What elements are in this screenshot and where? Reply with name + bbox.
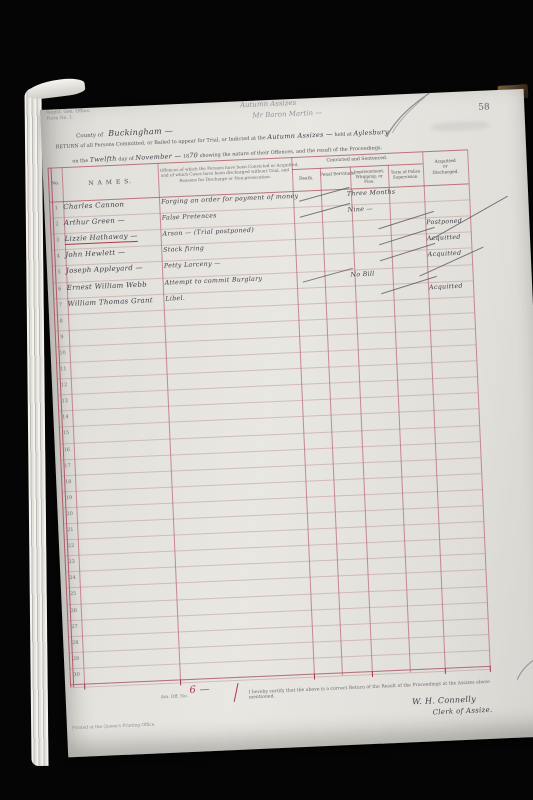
title-printed-4: day of bbox=[118, 156, 134, 163]
row-number: 23 bbox=[65, 559, 79, 566]
red-tick-mark bbox=[490, 666, 491, 672]
sentence: Nine — bbox=[348, 206, 374, 214]
offence: Attempt to commit Burglary bbox=[165, 275, 263, 286]
sentence: No Bill bbox=[350, 270, 374, 278]
row-number: 28 bbox=[68, 639, 82, 646]
book-spine-top-curl bbox=[26, 77, 86, 101]
result: Acquitted bbox=[429, 282, 463, 290]
title-written-year: 70 bbox=[189, 151, 198, 159]
row-number: 1 bbox=[49, 205, 63, 212]
offence: Forging an order for payment of money bbox=[161, 193, 299, 206]
offence: Arson — (Trial postponed) bbox=[162, 227, 254, 238]
col-header-acquitted: Acquitted or Discharged. bbox=[423, 158, 469, 176]
footer-signature-title: Clerk of Assize. bbox=[432, 706, 492, 717]
row-number: 17 bbox=[60, 462, 74, 469]
row-number: 27 bbox=[67, 623, 81, 630]
title-written-day: Twelfth bbox=[90, 155, 117, 164]
row-number: 20 bbox=[63, 511, 77, 518]
prisoner-name: Charles Cannon bbox=[63, 200, 124, 211]
col-header-police-supervision: Term of Police Supervision. bbox=[388, 168, 423, 180]
red-ink-slash bbox=[234, 683, 239, 702]
row-number: 2 bbox=[50, 221, 64, 228]
sentence: Three Months bbox=[347, 189, 396, 198]
ledger-page: Regist. Gen. Office. Form No. 1. 58 Autu… bbox=[40, 89, 533, 757]
printer-imprint: Printed at the Queen's Printing Office. bbox=[72, 723, 156, 732]
row-number: 4 bbox=[51, 253, 65, 260]
prisoner-name: Ernest William Webb bbox=[67, 280, 148, 291]
offence: Petty Larceny — bbox=[164, 261, 221, 270]
prisoner-name: William Thomas Grant bbox=[67, 296, 153, 308]
row-number: 26 bbox=[67, 607, 81, 614]
prisoner-name: Lizzie Hathaway — bbox=[64, 232, 137, 245]
row-number: 15 bbox=[59, 430, 73, 437]
col-header-death: Death. bbox=[292, 176, 320, 182]
row-number: 13 bbox=[58, 398, 72, 405]
title-written-assizes: Autumn Assizes — bbox=[267, 130, 333, 141]
pencil-annotation-line2: Mr Baron Martin — bbox=[252, 109, 322, 120]
row-number: 25 bbox=[66, 591, 80, 598]
col-header-imprisonment: Imprisonment, Whipping, or Fine. bbox=[350, 168, 389, 185]
row-number: 12 bbox=[57, 382, 71, 389]
acquitted-header-line3: Discharged. bbox=[423, 169, 468, 176]
supervision-header-line2: Supervision. bbox=[388, 173, 423, 180]
row-number: 24 bbox=[65, 575, 79, 582]
prisoner-name: Joseph Appleyard — bbox=[66, 264, 143, 275]
row-number: 14 bbox=[58, 414, 72, 421]
row-number: 6 bbox=[53, 286, 67, 293]
title-printed-3: on the bbox=[72, 158, 88, 165]
prisoner-name: John Hewlett — bbox=[65, 249, 125, 260]
offence: Stack firing bbox=[163, 245, 204, 254]
row-number: 22 bbox=[64, 543, 78, 550]
offence: Libel. bbox=[165, 294, 185, 302]
row-number: 7 bbox=[53, 302, 67, 309]
photograph-of-ledger: Regist. Gen. Office. Form No. 1. 58 Autu… bbox=[0, 0, 533, 800]
form-reference: Regist. Gen. Office. Form No. 1. bbox=[46, 109, 91, 122]
row-number: 5 bbox=[52, 269, 66, 276]
ink-flourish-stroke bbox=[299, 187, 349, 202]
col-header-names: N A M E S. bbox=[62, 177, 158, 188]
row-number: 21 bbox=[63, 527, 77, 534]
row-number: 30 bbox=[70, 672, 84, 679]
row-number: 16 bbox=[60, 446, 74, 453]
pencil-flourish-footer bbox=[512, 651, 533, 682]
county-value: Buckingham — bbox=[108, 126, 173, 138]
title-written-month: November — bbox=[135, 152, 181, 162]
county-label: County of bbox=[76, 132, 103, 139]
title-written-place: Aylesbury bbox=[353, 128, 389, 138]
row-number: 19 bbox=[62, 495, 76, 502]
row-number: 8 bbox=[54, 318, 68, 325]
page-number: 58 bbox=[478, 102, 490, 112]
prisoner-name: Arthur Green — bbox=[64, 217, 125, 228]
row-number: 3 bbox=[51, 237, 65, 244]
pencil-annotation-line1: Autumn Assizes bbox=[240, 99, 296, 109]
footer-signature: W. H. Connelly bbox=[412, 695, 476, 707]
row-number: 18 bbox=[61, 479, 75, 486]
row-number: 29 bbox=[69, 655, 83, 662]
footer-count-red: 6 — bbox=[189, 684, 210, 696]
title-printed-2: held at bbox=[334, 131, 352, 138]
col-header-penal-servitude: Penal Servitude. bbox=[320, 172, 350, 178]
faded-stamp-smudge bbox=[431, 120, 489, 132]
row-number: 10 bbox=[56, 350, 70, 357]
form-reference-line2: Form No. 1. bbox=[46, 114, 91, 121]
col-header-offences: Offences of which the Persons have been … bbox=[160, 162, 291, 184]
footer-note-label: Am. Off. No. bbox=[161, 694, 188, 700]
row-number: 9 bbox=[55, 334, 69, 341]
row-number: 11 bbox=[56, 366, 70, 373]
offence: False Pretences bbox=[162, 212, 217, 221]
